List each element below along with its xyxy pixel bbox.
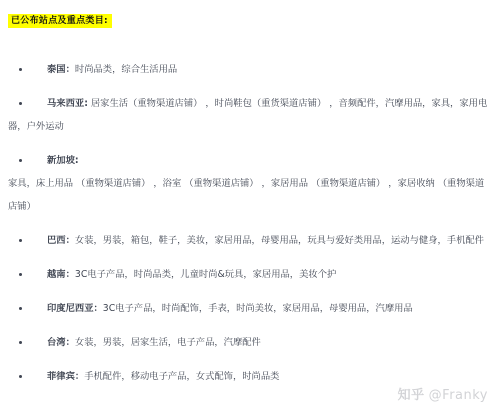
category-text: 女装，男装，箱包，鞋子，美妆，家居用品，母婴用品，玩具与爱好类用品，运动与健身，… <box>75 235 484 246</box>
category-text: 手机配件，移动电子产品，女式配饰，时尚品类 <box>84 371 279 382</box>
bullet-icon <box>19 273 22 276</box>
list-item-taiwan: 台湾：女装，男装，居家生活，电子产品，汽摩配件 <box>8 331 492 354</box>
country-label: 新加坡: <box>47 155 79 166</box>
country-label: 印度尼西亚： <box>47 303 103 314</box>
bullet-icon <box>19 159 22 162</box>
category-text: 时尚品类，综合生活用品 <box>75 64 177 75</box>
list-item-malaysia: 马来西亚: 居家生活（重物渠道店铺） ，时尚鞋包（重货渠道店铺） ，音频配件，汽… <box>8 92 492 138</box>
zhihu-logo-text: 知乎 <box>398 388 425 403</box>
watermark-username: @Franky <box>429 388 488 403</box>
list-item-singapore: 新加坡: 家具，床上用品 （重物渠道店铺） ，浴室 （重物渠道店铺） ，家居用品… <box>8 149 492 218</box>
bullet-icon <box>19 68 22 71</box>
country-label: 越南： <box>47 269 75 280</box>
page-title: 已公布站点及重点类目: <box>8 14 112 28</box>
list-item-vietnam: 越南：3C电子产品，时尚品类，儿童时尚&玩具，家居用品，美妆个护 <box>8 263 492 286</box>
bullet-icon <box>19 341 22 344</box>
category-text: 家具，床上用品 （重物渠道店铺） ，浴室 （重物渠道店铺） ，家居用品 （重物渠… <box>8 178 484 212</box>
category-text: 3C电子产品，时尚品类，儿童时尚&玩具，家居用品，美妆个护 <box>75 269 336 280</box>
zhihu-watermark: 知乎@Franky <box>398 384 488 403</box>
category-text: 3C电子产品，时尚配饰，手表，时尚美妆，家居用品，母婴用品，汽摩用品 <box>103 303 413 314</box>
document-body: 已公布站点及重点类目: 泰国：时尚品类，综合生活用品 马来西亚: 居家生活（重物… <box>0 0 500 416</box>
list-item-brazil: 巴西：女装，男装，箱包，鞋子，美妆，家居用品，母婴用品，玩具与爱好类用品，运动与… <box>8 229 492 252</box>
country-label: 马来西亚: <box>47 98 88 109</box>
list-item-indonesia: 印度尼西亚：3C电子产品，时尚配饰，手表，时尚美妆，家居用品，母婴用品，汽摩用品 <box>8 297 492 320</box>
bullet-icon <box>19 102 22 105</box>
bullet-icon <box>19 239 22 242</box>
country-label: 泰国： <box>47 64 75 75</box>
site-category-list: 泰国：时尚品类，综合生活用品 马来西亚: 居家生活（重物渠道店铺） ，时尚鞋包（… <box>8 58 492 388</box>
category-text: 女装，男装，居家生活，电子产品，汽摩配件 <box>75 337 261 348</box>
country-label: 台湾： <box>47 337 75 348</box>
country-label: 巴西： <box>47 235 75 246</box>
bullet-icon <box>19 375 22 378</box>
bullet-icon <box>19 307 22 310</box>
country-label: 菲律宾： <box>47 371 84 382</box>
list-item-thailand: 泰国：时尚品类，综合生活用品 <box>8 58 492 81</box>
title-row: 已公布站点及重点类目: <box>8 14 492 28</box>
